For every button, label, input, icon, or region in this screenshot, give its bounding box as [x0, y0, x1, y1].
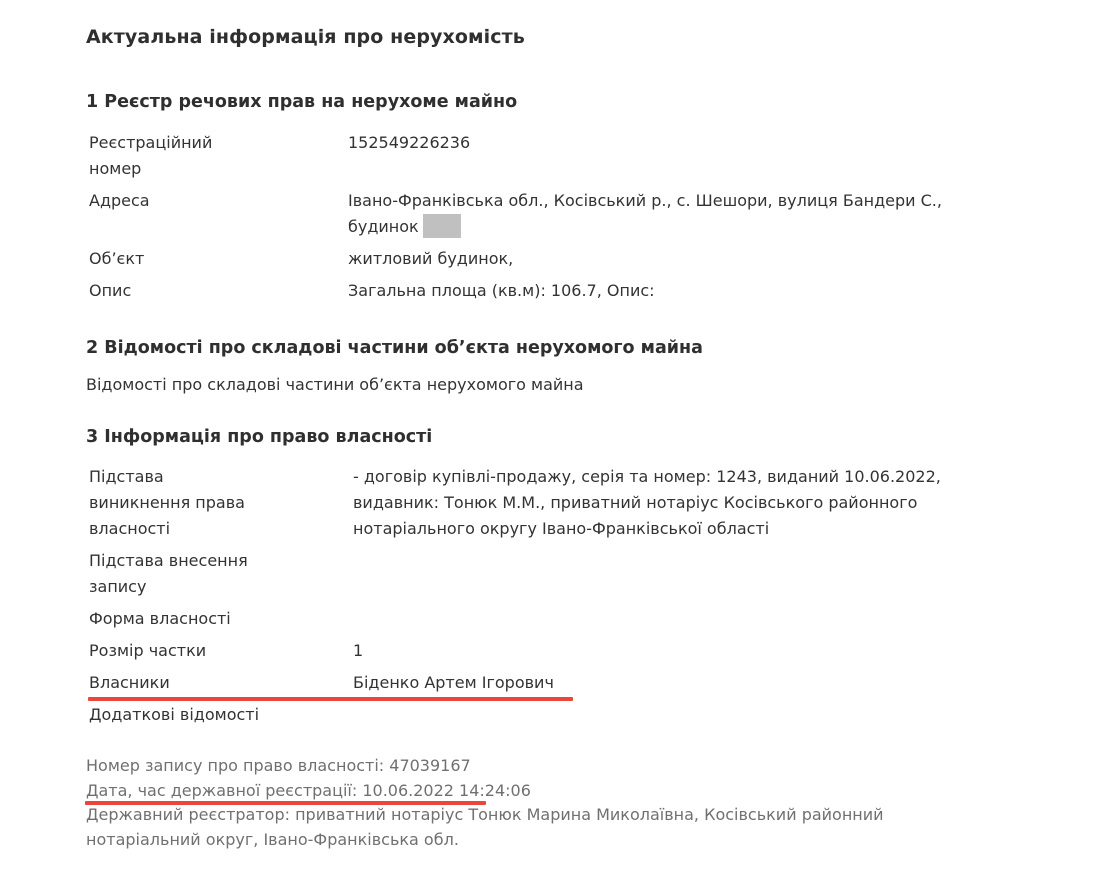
table-row: Розмір частки 1: [86, 638, 993, 670]
registrar-line-1: Державний реєстратор: приватний нотаріус…: [86, 803, 986, 828]
row-label: Об’єкт: [86, 246, 345, 278]
table-row: Об’єкт житловий будинок,: [86, 246, 998, 278]
row-value: - договір купівлі-продажу, серія та номе…: [350, 464, 993, 548]
record-number: Номер запису про право власності: 470391…: [86, 754, 986, 779]
section-3-table: Підстава виникнення права власності - до…: [86, 464, 993, 734]
registration-datetime: Дата, час державної реєстрації: 10.06.20…: [86, 779, 986, 804]
row-label: Реєстраційний номер: [86, 130, 345, 188]
row-value: [350, 548, 993, 606]
date-highlight-underline: [85, 801, 486, 805]
row-label: Підстава виникнення права власності: [86, 464, 350, 548]
table-row: Підстава виникнення права власності - до…: [86, 464, 993, 548]
section-2-heading: 2 Відомості про складові частини об’єкта…: [86, 338, 703, 358]
table-row: Підстава внесення запису: [86, 548, 993, 606]
row-label: Розмір частки: [86, 638, 350, 670]
section-3-heading: 3 Інформація про право власності: [86, 427, 432, 447]
row-value: [350, 606, 993, 638]
owner-highlight-underline: [88, 697, 573, 701]
table-row: Реєстраційний номер 152549226236: [86, 130, 998, 188]
row-value: Загальна площа (кв.м): 106.7, Опис:: [345, 278, 998, 310]
row-label: Опис: [86, 278, 345, 310]
row-label: Адреса: [86, 188, 345, 246]
row-value: 152549226236: [345, 130, 998, 188]
row-value: [350, 702, 993, 734]
redacted-block: [423, 214, 461, 238]
table-row: Адреса Івано-Франківська обл., Косівськи…: [86, 188, 998, 246]
table-row: Додаткові відомості: [86, 702, 993, 734]
row-label: Форма власності: [86, 606, 350, 638]
row-label: Додаткові відомості: [86, 702, 350, 734]
row-label: Підстава внесення запису: [86, 548, 350, 606]
section-1-table: Реєстраційний номер 152549226236 Адреса …: [86, 130, 998, 310]
table-row: Опис Загальна площа (кв.м): 106.7, Опис:: [86, 278, 998, 310]
section-2-text: Відомості про складові частини об’єкта н…: [86, 375, 584, 394]
table-row: Форма власності: [86, 606, 993, 638]
section-1-heading: 1 Реєстр речових прав на нерухоме майно: [86, 92, 517, 112]
row-value: житловий будинок,: [345, 246, 998, 278]
row-value: 1: [350, 638, 993, 670]
registrar-line-2: нотаріальний округ, Івано-Франківська об…: [86, 828, 986, 853]
page-title: Актуальна інформація про нерухомість: [86, 26, 525, 48]
row-value: Івано-Франківська обл., Косівський р., с…: [345, 188, 998, 246]
